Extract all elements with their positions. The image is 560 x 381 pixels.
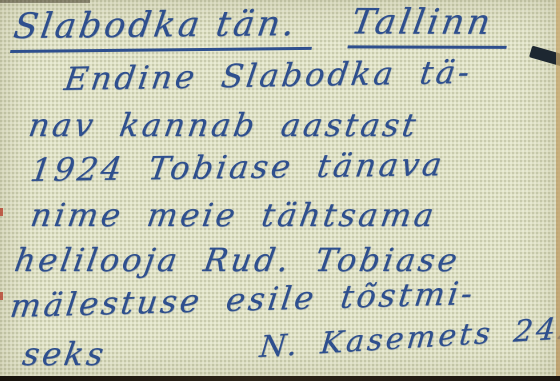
- handwritten-line-3: 1924 Tobiase tänava: [28, 145, 447, 189]
- handwritten-line-2: nav kannab aastast: [26, 106, 421, 144]
- signature-number: 242: [512, 311, 560, 350]
- signature: N. Kasemets 242: [258, 311, 560, 365]
- handwritten-line-1: Endine Slabodka tä-: [62, 53, 475, 98]
- scan-edge-top: [0, 0, 90, 3]
- signature-name: N. Kasemets: [258, 316, 495, 365]
- scan-edge-right: [556, 0, 560, 381]
- index-card: Slabodka tän. Tallinn Endine Slabodka tä…: [0, 0, 560, 381]
- handwritten-line-6: mälestuse esile tõstmi-: [8, 274, 478, 325]
- city-name: Tallinn: [347, 2, 514, 49]
- street-name: Slabodka tän.: [10, 4, 318, 53]
- card-bottom-edge: [0, 376, 560, 381]
- handwritten-line-4: nime meie tähtsama: [28, 196, 439, 234]
- handwritten-line-7: seks: [20, 335, 109, 373]
- scan-artifact-speck: [0, 292, 3, 300]
- card-heading: Slabodka tän. Tallinn: [10, 2, 513, 53]
- handwritten-line-5: helilooja Rud. Tobiase: [12, 241, 463, 279]
- scan-artifact-speck: [0, 208, 3, 216]
